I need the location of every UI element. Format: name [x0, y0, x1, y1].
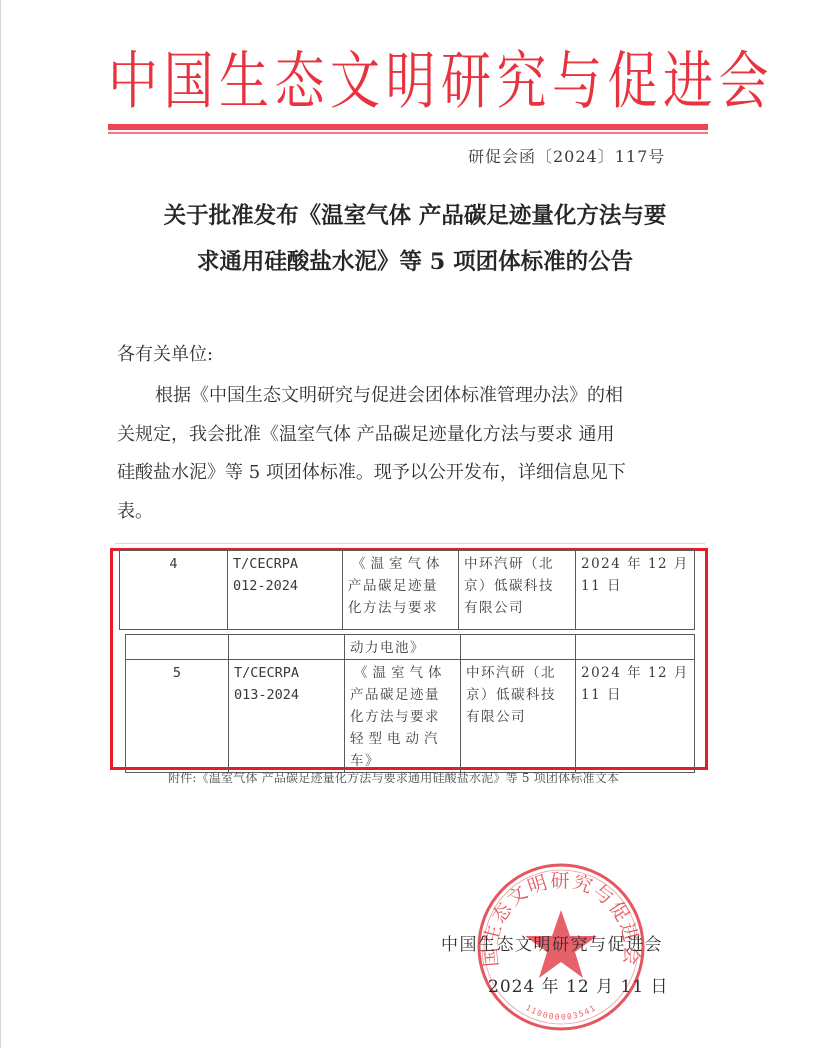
org-line: 中环汽研（北 [466, 662, 570, 684]
svg-text:110000003541: 110000003541 [524, 1003, 598, 1022]
body-line: 硅酸盐水泥》等 5 项团体标准。现予以公开发布，详细信息见下 [117, 454, 717, 493]
body-paragraph: 根据《中国生态文明研究与促进会团体标准管理办法》的相 关规定，我会批准《温室气体… [117, 377, 717, 531]
salutation: 各有关单位: [117, 340, 213, 366]
org-line: 有限公司 [466, 706, 570, 728]
cell-standard-code: T/CECRPA 013-2024 [229, 660, 345, 773]
announcement-title-line-2: 求通用硅酸盐水泥》等 5 项团体标准的公告 [110, 239, 720, 285]
cell-drafting-org: 中环汽研（北 京）低碳科技 有限公司 [461, 660, 576, 773]
org-line: 京）低碳科技 [466, 684, 570, 706]
cell-publish-date: 2024 年 12 月 11 日 [576, 660, 695, 773]
table-row: 5 T/CECRPA 013-2024 《温室气体 产品碳足迹量 化方法与要求 … [126, 660, 695, 773]
standards-table-highlight: 4 T/CECRPA 012-2024 《温室气体 产品碳足迹量 化方法与要求 … [110, 548, 708, 770]
body-line: 根据《中国生态文明研究与促进会团体标准管理办法》的相 [117, 377, 717, 416]
title-line: 《温室气体 [350, 662, 455, 684]
date-line: 11 日 [581, 684, 689, 706]
title-line: 产品碳足迹量 [348, 575, 453, 597]
signature-date: 2024 年 12 月 11 日 [488, 972, 669, 997]
attachment-note: 附件:《温室气体 产品碳足迹量化方法与要求通用硅酸盐水泥》等 5 项团体标准文本 [168, 769, 619, 786]
letterhead-org-name: 中国生态文明研究与促进会 [108, 50, 708, 113]
table-row: 4 T/CECRPA 012-2024 《温室气体 产品碳足迹量 化方法与要求 … [120, 551, 695, 630]
body-line: 关规定，我会批准《温室气体 产品碳足迹量化方法与要求 通用 [117, 416, 717, 455]
title-line: 化方法与要求 [348, 597, 453, 619]
document-number: 研促会函〔2024〕117号 [468, 144, 665, 167]
org-line: 中环汽研（北 [464, 553, 570, 575]
seal-serial: 110000003541 [524, 1003, 598, 1022]
code-line: 013-2024 [234, 684, 339, 706]
title-line: 轻型电动汽 [350, 728, 455, 750]
date-line: 11 日 [581, 575, 689, 597]
cell-standard-title: 《温室气体 产品碳足迹量 化方法与要求 [343, 551, 459, 630]
standards-table-page-1: 4 T/CECRPA 012-2024 《温室气体 产品碳足迹量 化方法与要求 … [119, 550, 695, 630]
signature-org-name: 中国生态文明研究与促进会 [441, 930, 663, 955]
code-line: T/CECRPA [234, 662, 339, 684]
cell-number: 5 [126, 660, 229, 773]
date-line: 2024 年 12 月 [581, 553, 689, 575]
cell-number: 4 [120, 551, 228, 630]
cell-standard-code: T/CECRPA 012-2024 [228, 551, 343, 630]
body-line: 表。 [117, 493, 717, 532]
title-line: 化方法与要求 [350, 706, 455, 728]
standards-table-page-2: 动力电池》 5 T/CECRPA 013-2024 《温室气体 产品碳足迹量 化… [125, 634, 695, 773]
letterhead-rule-thick [108, 124, 708, 130]
cell-title-continuation: 动力电池》 [345, 635, 461, 660]
letterhead-rule-thin [108, 132, 708, 134]
date-line: 2024 年 12 月 [581, 662, 689, 684]
code-line: 012-2024 [233, 575, 337, 597]
title-line: 产品碳足迹量 [350, 684, 455, 706]
table-cut-edge [115, 543, 705, 547]
cell-empty [576, 635, 695, 660]
cell-standard-title: 《温室气体 产品碳足迹量 化方法与要求 轻型电动汽 车》 [345, 660, 461, 773]
cell-empty [461, 635, 576, 660]
announcement-title-line-1: 关于批准发布《温室气体 产品碳足迹量化方法与要 [110, 193, 720, 239]
org-line: 京）低碳科技 [464, 575, 570, 597]
code-line: T/CECRPA [233, 553, 337, 575]
announcement-title: 关于批准发布《温室气体 产品碳足迹量化方法与要 求通用硅酸盐水泥》等 5 项团体… [110, 193, 720, 285]
cell-empty [126, 635, 229, 660]
title-line: 《温室气体 [348, 553, 453, 575]
table-row-continuation: 动力电池》 [126, 635, 695, 660]
page-edge [0, 0, 1, 1048]
cell-empty [229, 635, 345, 660]
cell-publish-date: 2024 年 12 月 11 日 [576, 551, 695, 630]
org-line: 有限公司 [464, 597, 570, 619]
cell-drafting-org: 中环汽研（北 京）低碳科技 有限公司 [459, 551, 576, 630]
